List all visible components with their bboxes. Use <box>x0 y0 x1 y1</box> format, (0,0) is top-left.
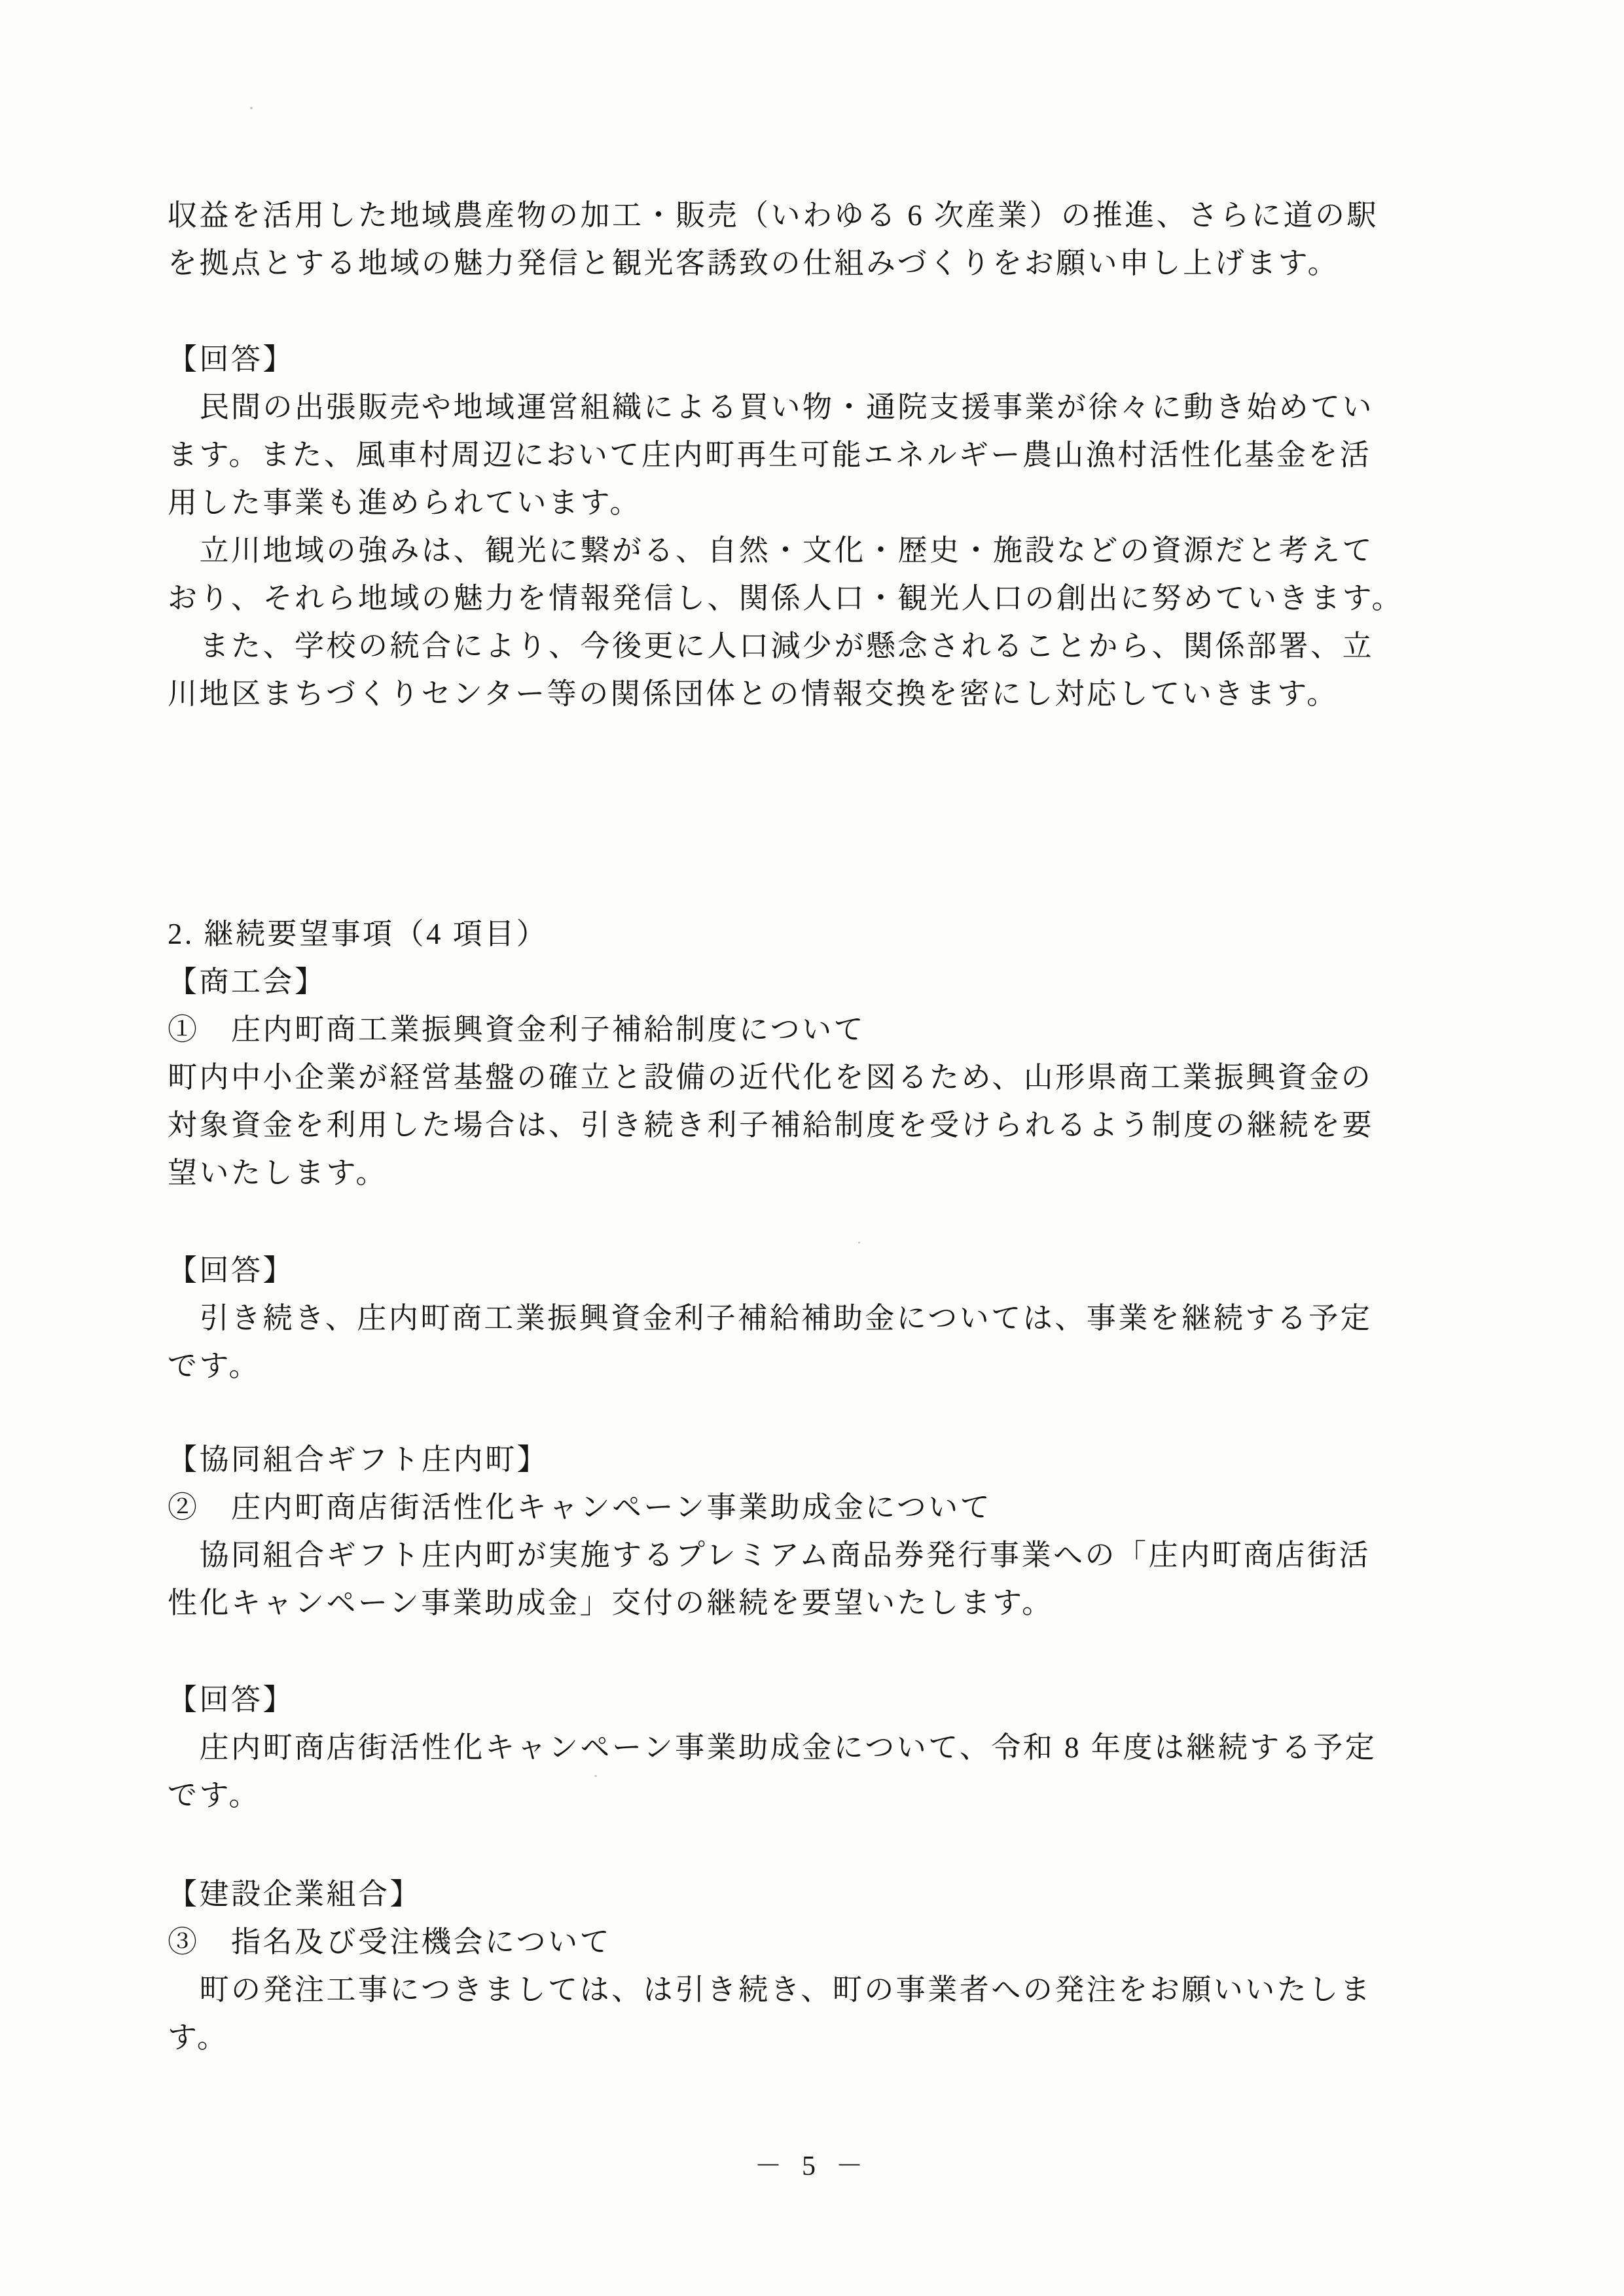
item-3-title: ③ 指名及び受注機会について <box>168 1918 1483 1966</box>
text-line: 対象資金を利用した場合は、引き続き利子補給制度を受けられるよう制度の継続を要 <box>168 1102 1483 1149</box>
text-line: また、学校の統合により、今後更に人口減少が懸念されることから、関係部署、立 <box>168 622 1483 670</box>
section-title: 2. 継続要望事項（4 項目） <box>168 910 1483 958</box>
answer-block-2: 【回答】 引き続き、庄内町商工業振興資金利子補給補助金については、事業を継続する… <box>168 1247 1483 1390</box>
text-line: 性化キャンペーン事業助成金」交付の継続を要望いたします。 <box>168 1579 1483 1627</box>
text-line: おり、それら地域の魅力を情報発信し、関係人口・観光人口の創出に努めていきます。 <box>168 575 1483 622</box>
answer-heading: 【回答】 <box>168 336 1483 384</box>
page-number: － 5 － <box>0 2147 1624 2186</box>
text-line: 庄内町商店街活性化キャンペーン事業助成金について、令和 8 年度は継続する予定 <box>168 1724 1483 1772</box>
carryover-paragraph: 収益を活用した地域農産物の加工・販売（いわゆる 6 次産業）の推進、さらに道の駅… <box>168 192 1483 287</box>
text-line: す。 <box>168 2014 1483 2062</box>
text-line: 収益を活用した地域農産物の加工・販売（いわゆる 6 次産業）の推進、さらに道の駅 <box>168 192 1483 240</box>
document-page: 収益を活用した地域農産物の加工・販売（いわゆる 6 次産業）の推進、さらに道の駅… <box>0 0 1624 2296</box>
answer-heading: 【回答】 <box>168 1676 1483 1724</box>
text-line: ます。また、風車村周辺において庄内町再生可能エネルギー農山漁村活性化基金を活 <box>168 431 1483 479</box>
item-2-title: ② 庄内町商店街活性化キャンペーン事業助成金について <box>168 1484 1483 1532</box>
answer-heading: 【回答】 <box>168 1247 1483 1295</box>
org-heading-kensetsu: 【建設企業組合】 <box>168 1871 1483 1918</box>
text-line: です。 <box>168 1342 1483 1390</box>
answer-block-1: 【回答】 民間の出張販売や地域運営組織による買い物・通院支援事業が徐々に動き始め… <box>168 336 1483 718</box>
text-line: 民間の出張販売や地域運営組織による買い物・通院支援事業が徐々に動き始めてい <box>168 384 1483 431</box>
text-line: 町の発注工事につきましては、は引き続き、町の事業者への発注をお願いいたしま <box>168 1966 1483 2014</box>
text-line: 用した事業も進められています。 <box>168 479 1483 527</box>
text-line: です。 <box>168 1772 1483 1820</box>
text-line: 町内中小企業が経営基盤の確立と設備の近代化を図るため、山形県商工業振興資金の <box>168 1054 1483 1102</box>
scan-speck <box>250 107 253 109</box>
section-2-block: 2. 継続要望事項（4 項目） 【商工会】 ① 庄内町商工業振興資金利子補給制度… <box>168 910 1483 1197</box>
item-1-title: ① 庄内町商工業振興資金利子補給制度について <box>168 1006 1483 1054</box>
text-line: 望いたします。 <box>168 1149 1483 1197</box>
kensetsu-block: 【建設企業組合】 ③ 指名及び受注機会について 町の発注工事につきましては、は引… <box>168 1871 1483 2062</box>
scan-speck <box>858 1242 860 1244</box>
text-line: 協同組合ギフト庄内町が実施するプレミアム商品券発行事業への「庄内町商店街活 <box>168 1532 1483 1579</box>
text-line: 引き続き、庄内町商工業振興資金利子補給補助金については、事業を継続する予定 <box>168 1295 1483 1342</box>
text-line: 川地区まちづくりセンター等の関係団体との情報交換を密にし対応していきます。 <box>168 670 1483 718</box>
text-line: 立川地域の強みは、観光に繋がる、自然・文化・歴史・施設などの資源だと考えて <box>168 527 1483 575</box>
gift-block: 【協同組合ギフト庄内町】 ② 庄内町商店街活性化キャンペーン事業助成金について … <box>168 1436 1483 1627</box>
answer-block-3: 【回答】 庄内町商店街活性化キャンペーン事業助成金について、令和 8 年度は継続… <box>168 1676 1483 1820</box>
text-line: を拠点とする地域の魅力発信と観光客誘致の仕組みづくりをお願い申し上げます。 <box>168 240 1483 287</box>
org-heading-gift: 【協同組合ギフト庄内町】 <box>168 1436 1483 1484</box>
org-heading-shoukoukai: 【商工会】 <box>168 958 1483 1006</box>
